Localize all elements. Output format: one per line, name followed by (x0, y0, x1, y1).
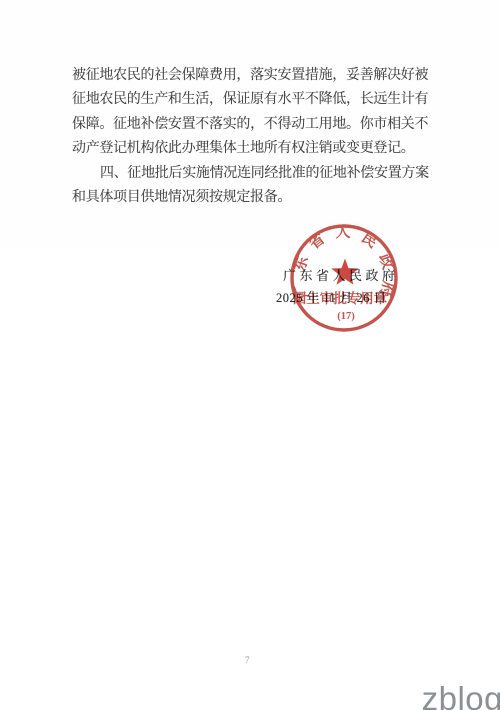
text-line: 动产登记机构依此办理集体土地所有权注销或变更登记。 (72, 137, 430, 161)
text-line: 四、征地批后实施情况连同经批准的征地补偿安置方案 (72, 162, 430, 186)
seal-center-text: 国土审批专用章 (293, 290, 388, 306)
text-line: 保障。征地补偿安置不落实的，不得动工用地。你市相关不 (72, 113, 430, 137)
watermark: zblog (422, 680, 500, 710)
official-seal: 广东省人民政府 国土审批专用章 (17) (270, 212, 430, 337)
text-line: 被征地农民的社会保障费用，落实安置措施，妥善解决好被 (72, 64, 430, 88)
official-seal-graphic: 广东省人民政府 国土审批专用章 (17) (270, 212, 430, 337)
page-number: 7 (245, 655, 250, 665)
body-text: 被征地农民的社会保障费用，落实安置措施，妥善解决好被 征地农民的生产和生活，保证… (72, 64, 430, 210)
text-line: 和具体项目供地情况须按规定报备。 (72, 186, 430, 210)
seal-star-icon (331, 259, 359, 285)
seal-serial-number: (17) (337, 311, 355, 322)
text-line: 征地农民的生产和生活，保证原有水平不降低，长远生计有 (72, 88, 430, 112)
